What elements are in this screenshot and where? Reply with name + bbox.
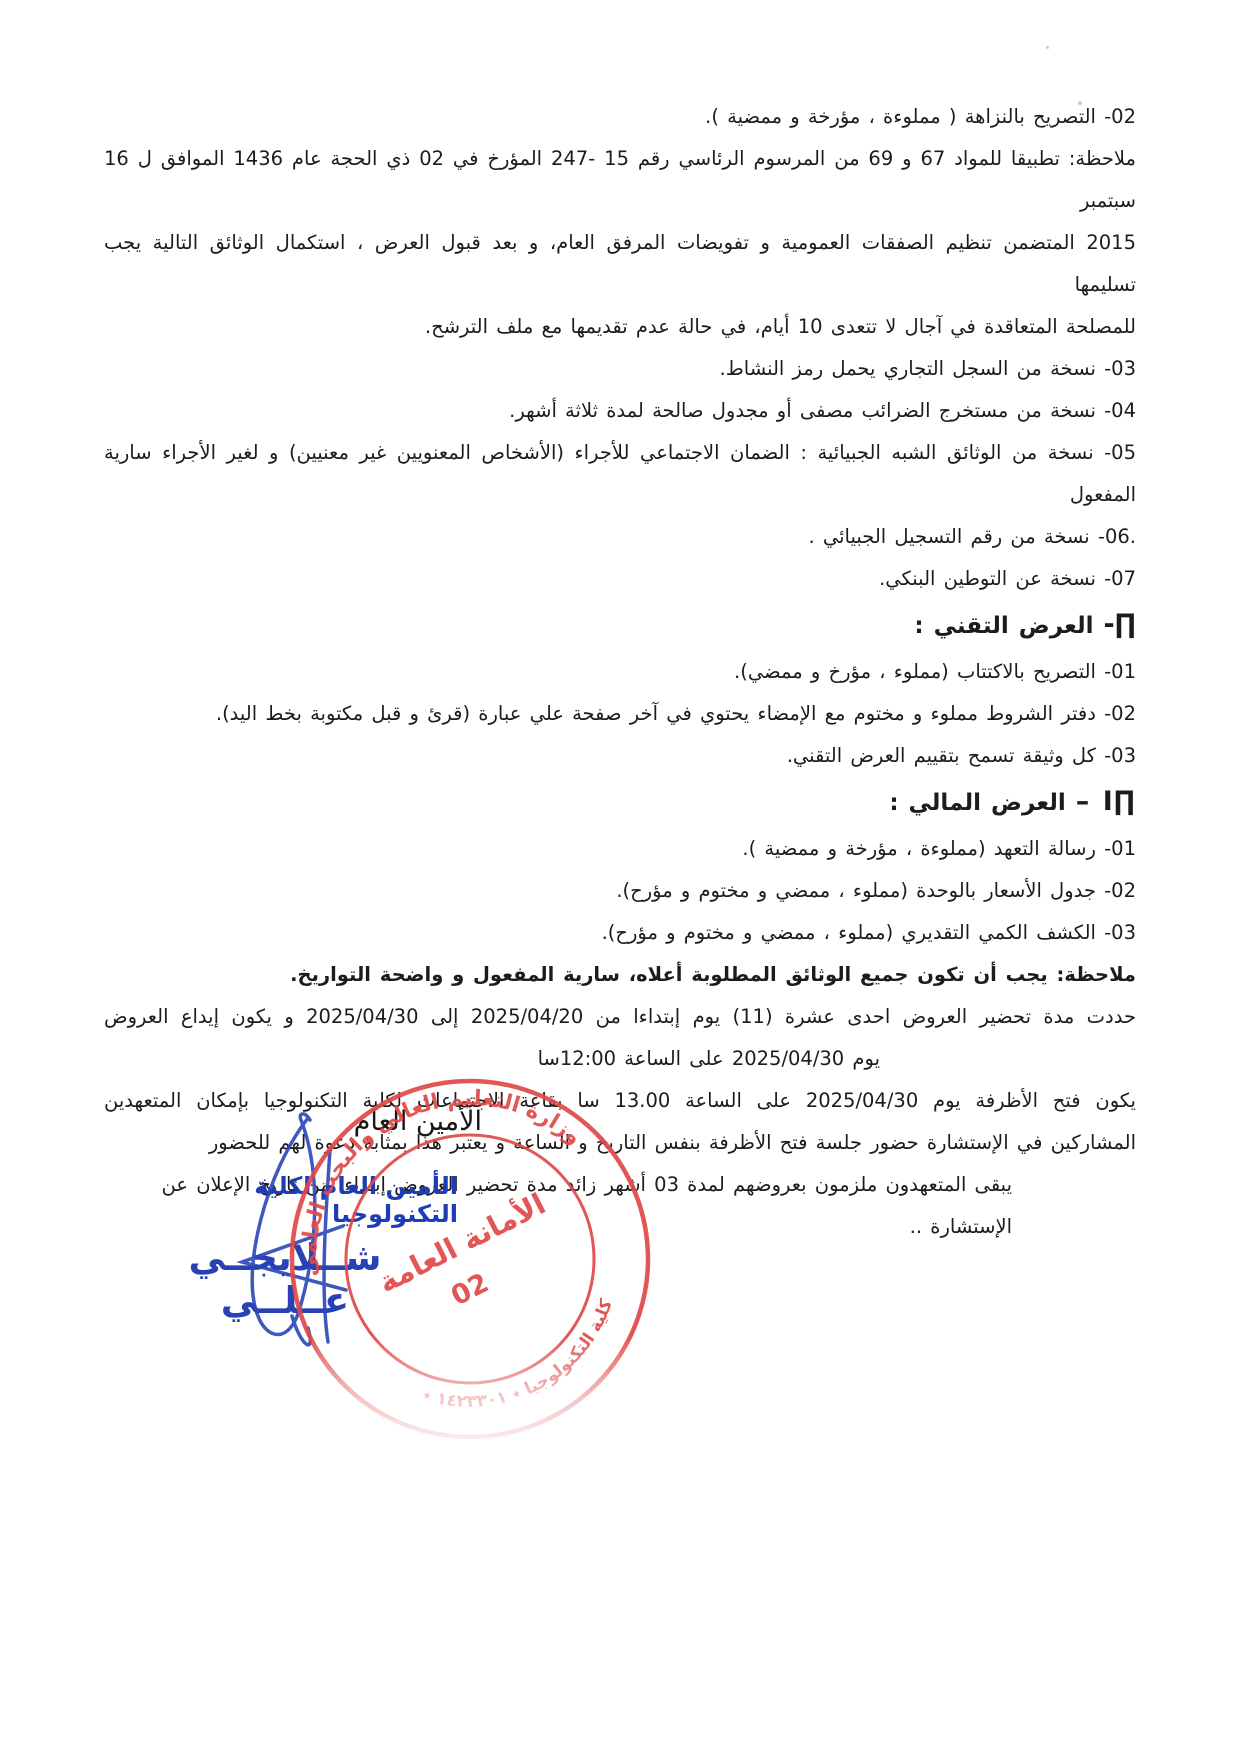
scan-speck: [1078, 101, 1082, 105]
financial-offer-title: العرض المالي :: [889, 790, 1065, 816]
validity-note: ملاحظة: يجب أن تكون جميع الوثائق المطلوب…: [104, 954, 1136, 996]
financial-offer-heading: ∏I – العرض المالي :: [104, 777, 1136, 828]
svg-text:كلية التكنولوجيا ٭ ١٤٢٣٣٠١ ٭: كلية التكنولوجيا ٭ ١٤٢٣٣٠١ ٭: [413, 1291, 638, 1446]
doc-line-integrity-declaration: 02- التصريح بالنزاهة ( مملوءة ، مؤرخة و …: [104, 96, 1136, 138]
note-decree-line-2: 2015 المتضمن تنظيم الصفقات العمومية و تف…: [104, 222, 1136, 306]
technical-offer-heading: ∏- العرض التقني :: [104, 600, 1136, 651]
technical-item-evaluation-docs: 03- كل وثيقة تسمح بتقييم العرض التقني.: [104, 735, 1136, 777]
doc-line-bank-domiciliation: 07- نسخة عن التوطين البنكي.: [104, 558, 1136, 600]
doc-line-parafiscal: 05- نسخة من الوثائق الشبه الجبيائية : ال…: [104, 432, 1136, 516]
schedule-preparation-line: حددت مدة تحضير العروض احدى عشرة (11) يوم…: [104, 996, 1136, 1038]
doc-line-commercial-register: 03- نسخة من السجل التجاري يحمل رمز النشا…: [104, 348, 1136, 390]
financial-item-unit-prices: 02- جدول الأسعار بالوحدة (مملوء ، ممضي و…: [104, 870, 1136, 912]
technical-offer-numeral: ∏-: [1104, 609, 1136, 640]
note-decree-line-1: ملاحظة: تطبيقا للمواد 67 و 69 من المرسوم…: [104, 138, 1136, 222]
note-decree-line-3: للمصلحة المتعاقدة في آجال لا تتعدى 10 أي…: [104, 306, 1136, 348]
seal-ring-bottom-text: كلية التكنولوجيا ٭ ١٤٢٣٣٠١ ٭: [413, 1291, 638, 1446]
doc-line-tax-registration: .06- نسخة من رقم التسجيل الجبيائي .: [104, 516, 1136, 558]
scan-speck: [1046, 46, 1049, 49]
scanned-document-page: { "document": { "intro_lines": [ "02- ال…: [0, 0, 1240, 1754]
seal-center-number: 02: [446, 1268, 494, 1313]
technical-offer-title: العرض التقني :: [914, 613, 1093, 639]
financial-item-commitment-letter: 01- رسالة التعهد (مملوءة ، مؤرخة و ممضية…: [104, 828, 1136, 870]
technical-item-specifications: 02- دفتر الشروط مملوء و مختوم مع الإمضاء…: [104, 693, 1136, 735]
doc-line-tax-extract: 04- نسخة من مستخرج الضرائب مصفى أو مجدول…: [104, 390, 1136, 432]
official-red-seal: وزارة التعليم العالي والبحث العلمي كلية …: [278, 1067, 662, 1451]
financial-offer-numeral: ∏I –: [1076, 786, 1136, 817]
technical-item-subscription: 01- التصريح بالاكتتاب (مملوء ، مؤرخ و مم…: [104, 651, 1136, 693]
financial-item-quantitative-estimate: 03- الكشف الكمي التقديري (مملوء ، ممضي و…: [104, 912, 1136, 954]
